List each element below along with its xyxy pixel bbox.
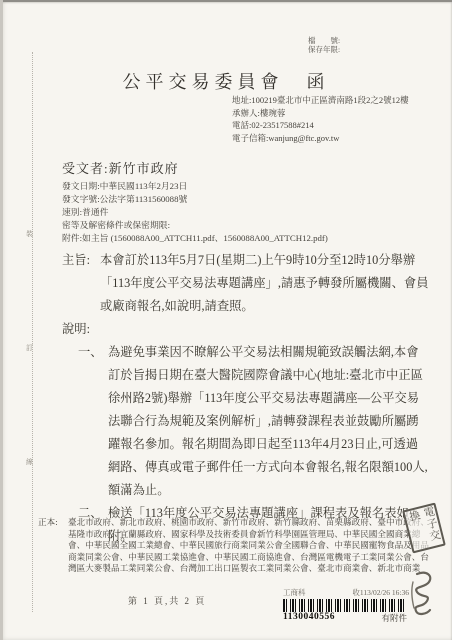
contact-email: 電子信箱:wanjung@ftc.gov.tw (232, 132, 444, 145)
doc-number: 發文字號:公法字第1131560088號 (62, 193, 432, 206)
copy-to-label: 正本: (38, 517, 68, 575)
binding-mark-ding: 訂 (26, 344, 36, 352)
file-number-block: 檔 號: 保存年限: (308, 36, 340, 54)
document-meta-block: 發文日期:中華民國113年2月23日 發文字號:公法字第1131560088號 … (62, 180, 432, 245)
file-number-label: 檔 號: (308, 36, 340, 45)
subject-paragraph: 主旨: 本會訂於113年5月7日(星期二)上午9時10分至12時10分舉辦「11… (62, 249, 430, 318)
issue-date: 發文日期:中華民國113年2月23日 (62, 180, 432, 193)
received-dept: 工商科 (283, 587, 306, 598)
scanned-letter-page: 裝 訂 線 檔 號: 保存年限: 公平交易委員會 函 地址:100219臺北市中… (0, 0, 452, 640)
agency-address: 地址:100219臺北市中正區濟南路1段2之2號12樓 (232, 94, 444, 107)
retention-period-label: 保存年限: (308, 45, 340, 54)
scan-left-edge (0, 0, 3, 640)
barcode (283, 599, 407, 612)
priority: 速別:普通件 (62, 206, 432, 219)
subject-text: 本會訂於113年5月7日(星期二)上午9時10分至12時10分舉辦「113年度公… (100, 249, 430, 318)
item-number: 一、 (78, 341, 108, 502)
recipient-line: 受文者:新竹市政府 (62, 158, 179, 177)
received-datetime: 收113/02/26 16:36 (352, 587, 409, 598)
binding-dotted-line (32, 52, 33, 612)
explanation-item-1: 一、 為避免事業因不瞭解公平交易法相關規範致誤觸法網,本會訂於旨揭日期在臺大醫院… (78, 341, 430, 502)
binding-mark-zhuang: 裝 (26, 230, 36, 238)
copy-to-block: 正本: 臺北市政府、新北市政府、桃園市政府、新竹市政府、新竹縣政府、苗栗縣政府、… (38, 517, 430, 575)
subject-label: 主旨: (62, 249, 100, 318)
barcode-number: 1130040556 (283, 612, 335, 624)
binding-mark-xian: 線 (26, 458, 36, 466)
signature-seal-scribble (403, 568, 443, 620)
scan-top-edge (0, 0, 452, 2)
explanation-label: 說明: (62, 318, 430, 341)
document-title: 公平交易委員會 函 (0, 68, 452, 94)
received-stamp-block: 工商科 收113/02/26 16:36 1130040556 有附件 (283, 587, 409, 624)
agency-contact-block: 地址:100219臺北市中正區濟南路1段2之2號12樓 承辦人:樓琬蓉 電話:0… (232, 94, 444, 144)
attachment-note: 附件:如主旨 (1560088A00_ATTCH11.pdf、1560088A0… (62, 232, 432, 245)
copy-to-recipients: 臺北市政府、新北市政府、桃園市政府、新竹市政府、新竹縣政府、苗栗縣政府、臺中市政… (68, 517, 430, 575)
item-text: 為避免事業因不瞭解公平交易法相關規範致誤觸法網,本會訂於旨揭日期在臺大醫院國際會… (108, 341, 430, 502)
contact-phone: 電話:02-23517588#214 (232, 119, 444, 132)
page-number: 第 1 頁,共 2 頁 (128, 594, 206, 607)
security-class: 密等及解密條件或保密期限: (62, 219, 432, 232)
contact-person: 承辦人:樓琬蓉 (232, 107, 444, 120)
letter-body: 主旨: 本會訂於113年5月7日(星期二)上午9時10分至12時10分舉辦「11… (62, 249, 430, 548)
